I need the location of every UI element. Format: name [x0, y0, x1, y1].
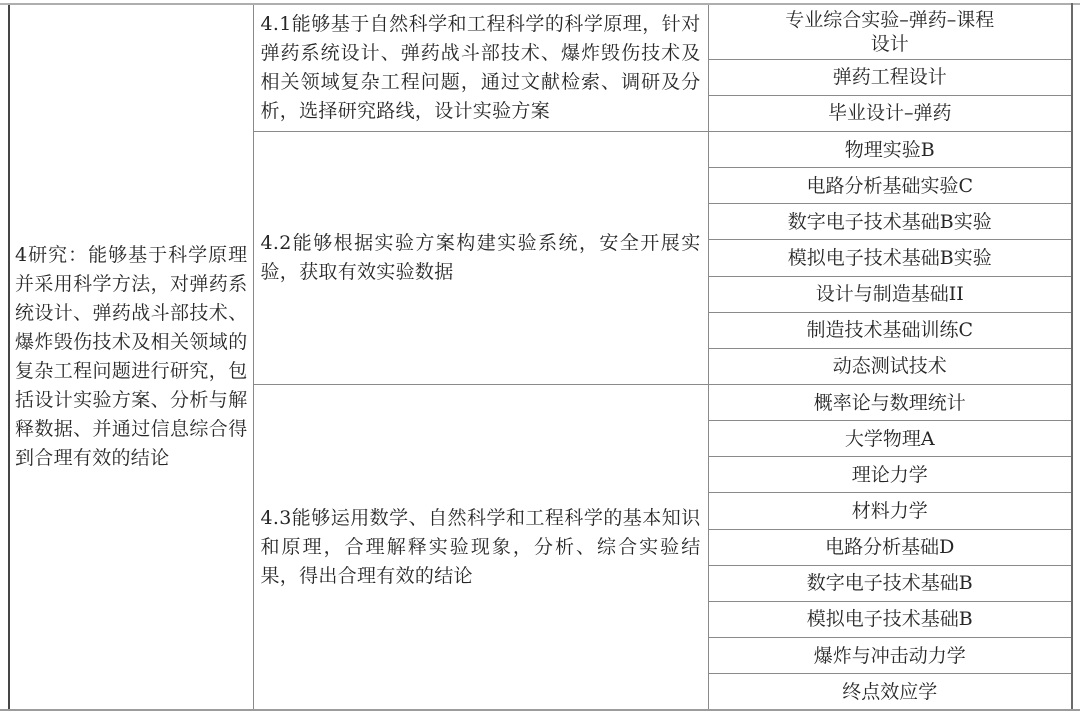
- course-cell: 概率论与数理统计: [708, 385, 1072, 421]
- course-cell: 终点效应学: [708, 674, 1072, 710]
- course-cell: 数字电子技术基础B: [708, 565, 1072, 601]
- outcome-course-matrix-table: 4研究：能够基于科学原理并采用科学方法，对弹药系统设计、弹药战斗部技术、爆炸毁伤…: [8, 3, 1073, 711]
- course-cell: 大学物理A: [708, 421, 1072, 457]
- course-cell: 电路分析基础D: [708, 529, 1072, 565]
- indicator-4-1-cell: 4.1能够基于自然科学和工程科学的科学原理，针对弹药系统设计、弹药战斗部技术、爆…: [253, 4, 708, 132]
- course-cell: 动态测试技术: [708, 348, 1072, 384]
- course-cell: 模拟电子技术基础B实验: [708, 240, 1072, 276]
- course-cell: 专业综合实验–弹药–课程 设计: [708, 4, 1072, 59]
- course-cell: 制造技术基础训练C: [708, 312, 1072, 348]
- course-cell: 设计与制造基础II: [708, 276, 1072, 312]
- table-row: 4研究：能够基于科学原理并采用科学方法，对弹药系统设计、弹药战斗部技术、爆炸毁伤…: [9, 4, 1072, 59]
- indicator-4-2-cell: 4.2能够根据实验方案构建实验系统，安全开展实验，获取有效实验数据: [253, 132, 708, 385]
- course-cell: 电路分析基础实验C: [708, 168, 1072, 204]
- course-cell: 理论力学: [708, 457, 1072, 493]
- graduation-requirement-cell: 4研究：能够基于科学原理并采用科学方法，对弹药系统设计、弹药战斗部技术、爆炸毁伤…: [9, 4, 253, 710]
- indicator-4-3-cell: 4.3能够运用数学、自然科学和工程科学的基本知识和原理，合理解释实验现象，分析、…: [253, 385, 708, 711]
- course-cell: 材料力学: [708, 493, 1072, 529]
- course-cell: 物理实验B: [708, 132, 1072, 168]
- course-cell: 弹药工程设计: [708, 59, 1072, 95]
- course-cell: 毕业设计–弹药: [708, 95, 1072, 131]
- course-cell: 数字电子技术基础B实验: [708, 204, 1072, 240]
- course-cell: 爆炸与冲击动力学: [708, 637, 1072, 673]
- course-cell: 模拟电子技术基础B: [708, 601, 1072, 637]
